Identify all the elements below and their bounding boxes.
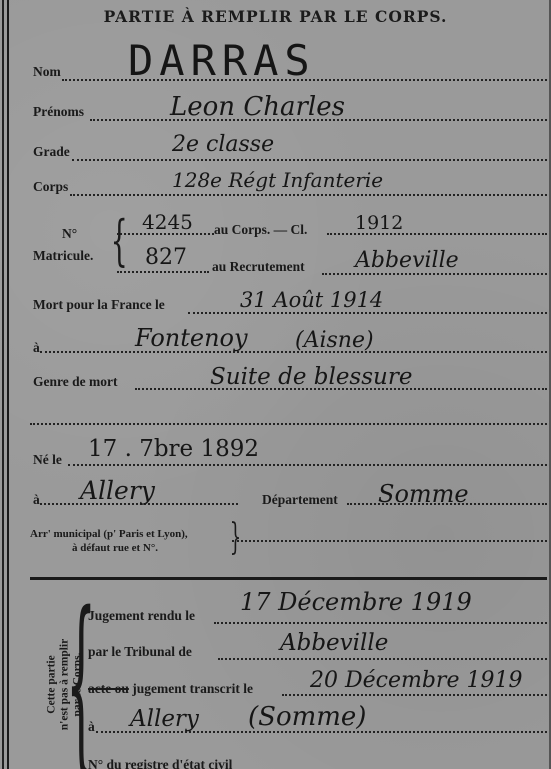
tribunal-line [218,658,547,660]
grade-label: Grade [33,144,70,160]
ne-le-line [68,464,547,466]
matricule-brace: { [111,214,128,268]
transcrit-struck-text: acte ou [88,681,129,696]
transcrit-value: 20 Décembre 1919 [310,668,522,693]
matricule-label: Matricule. [33,248,93,264]
ne-lieu-label: à [33,492,40,508]
mort-date-line [188,312,547,314]
registre-label: N° du registre d'état civil [88,757,232,769]
transcrit-line [282,694,547,696]
prenoms-label: Prénoms [33,104,84,120]
corps-line [70,194,547,196]
no-label: N° [62,226,77,242]
arrondissement-label-line1: Arr' municipal (p' Paris et Lyon), [30,528,188,540]
nom-value: DARRAS [128,36,316,85]
recrutement-place-line [322,273,547,275]
corps-label: Corps [33,179,68,195]
tribunal-label: par le Tribunal de [88,644,192,660]
prenoms-value: Leon Charles [170,92,345,122]
transcrit-label: acte ou jugement transcrit le [88,681,253,697]
recrutement-number-value: 827 [145,245,187,270]
grade-value: 2e classe [172,132,274,157]
mort-date-label: Mort pour la France le [33,297,165,313]
genre-mort-value: Suite de blessure [210,364,412,390]
separator-line-solid [30,577,547,580]
corps-value: 128e Régt Infanterie [172,168,383,192]
mort-lieu-line [40,351,547,353]
ne-lieu-value: Allery [80,476,155,505]
mort-lieu-region: (Aisne) [295,328,374,353]
ne-le-label: Né le [33,452,62,468]
jugement-rendu-label: Jugement rendu le [88,608,195,624]
recrutement-place-value: Abbeville [355,248,459,273]
recrutement-number-line [117,271,209,273]
card-border-left-outer [2,0,4,769]
side-note-line1: Cette partie [46,610,59,760]
genre-mort-label: Genre de mort [33,374,117,390]
section-header: PARTIE À REMPLIR PAR LE CORPS. [0,7,551,26]
ne-le-value: 17 . 7bre 1892 [88,436,259,462]
arrondissement-line [232,540,547,542]
jugement-lieu-region: (Somme) [248,702,366,732]
separator-line-dotted [30,423,547,425]
card-border-left-inner [7,0,9,769]
classe-value: 1912 [355,212,403,234]
au-recrutement-label: au Recrutement [212,259,305,275]
departement-value: Somme [378,480,469,508]
transcrit-label-text: jugement transcrit le [132,681,253,696]
jugement-rendu-value: 17 Décembre 1919 [240,588,472,616]
mort-lieu-value: Fontenoy [135,324,248,352]
jugement-lieu-value: Allery [130,706,199,732]
arrondissement-brace: } [230,520,241,556]
tribunal-value: Abbeville [280,630,388,656]
mort-date-value: 31 Août 1914 [240,288,383,312]
grade-line [72,159,547,161]
arrondissement-label-line2: à défaut rue et N°. [72,542,158,554]
au-corps-label: au Corps. — Cl. [214,222,307,238]
mort-lieu-label: à [33,340,40,356]
corps-number-value: 4245 [142,210,193,234]
jugement-lieu-label: à [88,719,95,735]
departement-label: Département [262,492,338,508]
jugement-rendu-line [214,622,547,624]
nom-label: Nom [33,64,61,80]
